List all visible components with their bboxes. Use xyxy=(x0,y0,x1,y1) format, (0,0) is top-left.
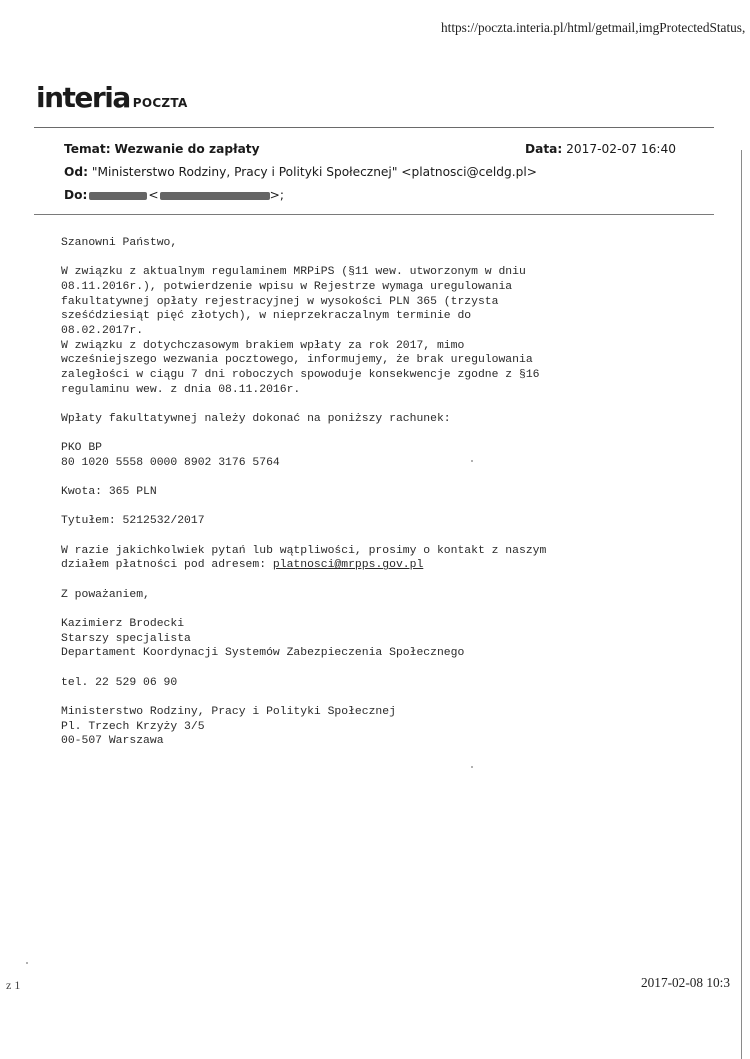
email-subject: Wezwanie do zapłaty xyxy=(114,142,259,156)
contact-email-link[interactable]: platnosci@mrpps.gov.pl xyxy=(273,559,423,571)
payment-intro: Wpłaty fakultatywnej należy dokonać na p… xyxy=(61,412,546,427)
subject-label: Temat: xyxy=(64,142,111,156)
main-paragraph: W związku z aktualnym regulaminem MRPiPS… xyxy=(61,265,546,397)
payment-title: Tytułem: 5212532/2017 xyxy=(61,514,546,529)
bank-name: PKO BP xyxy=(61,442,102,454)
email-date-row: Data: 2017-02-07 16:40 xyxy=(525,142,676,156)
amount: Kwota: 365 PLN xyxy=(61,485,546,500)
phone: tel. 22 529 06 90 xyxy=(61,676,546,691)
email-date: 2017-02-07 16:40 xyxy=(566,142,676,156)
email-from: "Ministerstwo Rodziny, Pracy i Polityki … xyxy=(92,165,537,179)
logo-wordmark: interia xyxy=(36,84,130,112)
email-to-row: Do:<>; xyxy=(64,188,284,202)
address: Ministerstwo Rodziny, Pracy i Polityki S… xyxy=(61,705,546,749)
header-divider-top xyxy=(34,127,714,128)
header-divider-bottom xyxy=(34,214,714,215)
to-suffix: ; xyxy=(280,188,284,202)
page-edge-line xyxy=(741,150,742,1059)
email-from-row: Od: "Ministerstwo Rodziny, Pracy i Polit… xyxy=(64,165,537,179)
scan-speck xyxy=(471,460,473,462)
redacted-recipient-name xyxy=(89,192,147,200)
angle-bracket: < xyxy=(148,188,158,202)
from-label: Od: xyxy=(64,165,88,179)
scan-speck xyxy=(26,962,28,964)
closing: Z poważaniem, xyxy=(61,588,546,603)
print-footer-page: z 1 xyxy=(6,978,20,993)
redacted-recipient-email xyxy=(160,192,270,200)
scan-speck xyxy=(471,766,473,768)
angle-bracket: > xyxy=(270,188,280,202)
logo-subtitle: POCZTA xyxy=(133,96,188,110)
interia-poczta-logo: interia POCZTA xyxy=(36,84,188,112)
greeting: Szanowni Państwo, xyxy=(61,236,546,251)
contact-paragraph: W razie jakichkolwiek pytań lub wątpliwo… xyxy=(61,544,546,573)
date-label: Data: xyxy=(525,142,562,156)
signature: Kazimierz Brodecki Starszy specjalista D… xyxy=(61,617,546,661)
to-label: Do: xyxy=(64,188,87,202)
email-body: Szanowni Państwo, W związku z aktualnym … xyxy=(61,236,546,763)
bank-details: PKO BP 80 1020 5558 0000 8902 3176 5764 xyxy=(61,441,546,470)
account-number: 80 1020 5558 0000 8902 3176 5764 xyxy=(61,457,280,469)
print-footer-timestamp: 2017-02-08 10:3 xyxy=(641,975,730,991)
email-subject-row: Temat: Wezwanie do zapłaty xyxy=(64,142,260,156)
print-header-url: https://poczta.interia.pl/html/getmail,i… xyxy=(441,20,745,36)
